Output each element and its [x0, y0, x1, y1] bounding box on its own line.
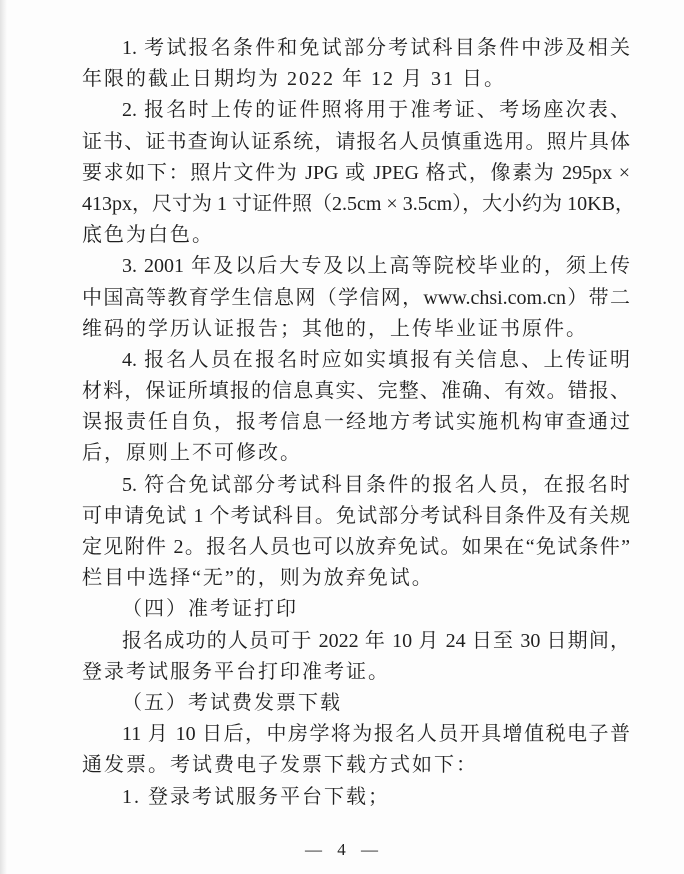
text-line: 维码的学历认证报告；其他的，上传毕业证书原件。: [82, 314, 630, 345]
text-line: 通发票。考试费电子发票下载方式如下：: [82, 750, 630, 781]
text-line: 报名成功的人员可于 2022 年 10 月 24 日至 30 日期间，: [82, 626, 630, 657]
text-line: 定见附件 2。报名人员也可以放弃免试。如果在“免试条件”: [82, 532, 630, 563]
text-line: 底色为白色。: [82, 220, 630, 251]
text-line: （四）准考证打印: [82, 594, 630, 625]
page-number: — 4 —: [0, 840, 684, 860]
text-line: 5. 符合免试部分考试科目条件的报名人员，在报名时: [82, 470, 630, 501]
text-line: 要求如下：照片文件为 JPG 或 JPEG 格式，像素为 295px ×: [82, 158, 630, 189]
document-body: 1. 考试报名条件和免试部分考试科目条件中涉及相关年限的截止日期均为 2022 …: [82, 33, 630, 813]
text-line: 后，原则上不可修改。: [82, 438, 630, 469]
text-line: 中国高等教育学生信息网（学信网，www.chsi.com.cn）带二: [82, 283, 630, 314]
text-line: 栏目中选择“无”的，则为放弃免试。: [82, 563, 630, 594]
scan-edge-shadow: [0, 0, 7, 874]
text-line: 11 月 10 日后，中房学将为报名人员开具增值税电子普: [82, 719, 630, 750]
text-line: 413px，尺寸为 1 寸证件照（2.5cm × 3.5cm），大小约为 10K…: [82, 189, 630, 220]
text-line: 3. 2001 年及以后大专及以上高等院校毕业的，须上传: [82, 251, 630, 282]
text-line: 可申请免试 1 个考试科目。免试部分考试科目条件及有关规: [82, 501, 630, 532]
text-line: 4. 报名人员在报名时应如实填报有关信息、上传证明: [82, 345, 630, 376]
text-line: 误报责任自负，报考信息一经地方考试实施机构审查通过: [82, 407, 630, 438]
text-line: 1. 登录考试服务平台下载；: [82, 782, 630, 813]
text-line: 登录考试服务平台打印准考证。: [82, 657, 630, 688]
text-line: 2. 报名时上传的证件照将用于准考证、考场座次表、: [82, 95, 630, 126]
text-line: （五）考试费发票下载: [82, 688, 630, 719]
text-line: 1. 考试报名条件和免试部分考试科目条件中涉及相关: [82, 33, 630, 64]
text-line: 年限的截止日期均为 2022 年 12 月 31 日。: [82, 64, 630, 95]
text-line: 材料，保证所填报的信息真实、完整、准确、有效。错报、: [82, 376, 630, 407]
text-line: 证书、证书查询认证系统，请报名人员慎重选用。照片具体: [82, 127, 630, 158]
scanned-document-page: 1. 考试报名条件和免试部分考试科目条件中涉及相关年限的截止日期均为 2022 …: [0, 0, 684, 874]
